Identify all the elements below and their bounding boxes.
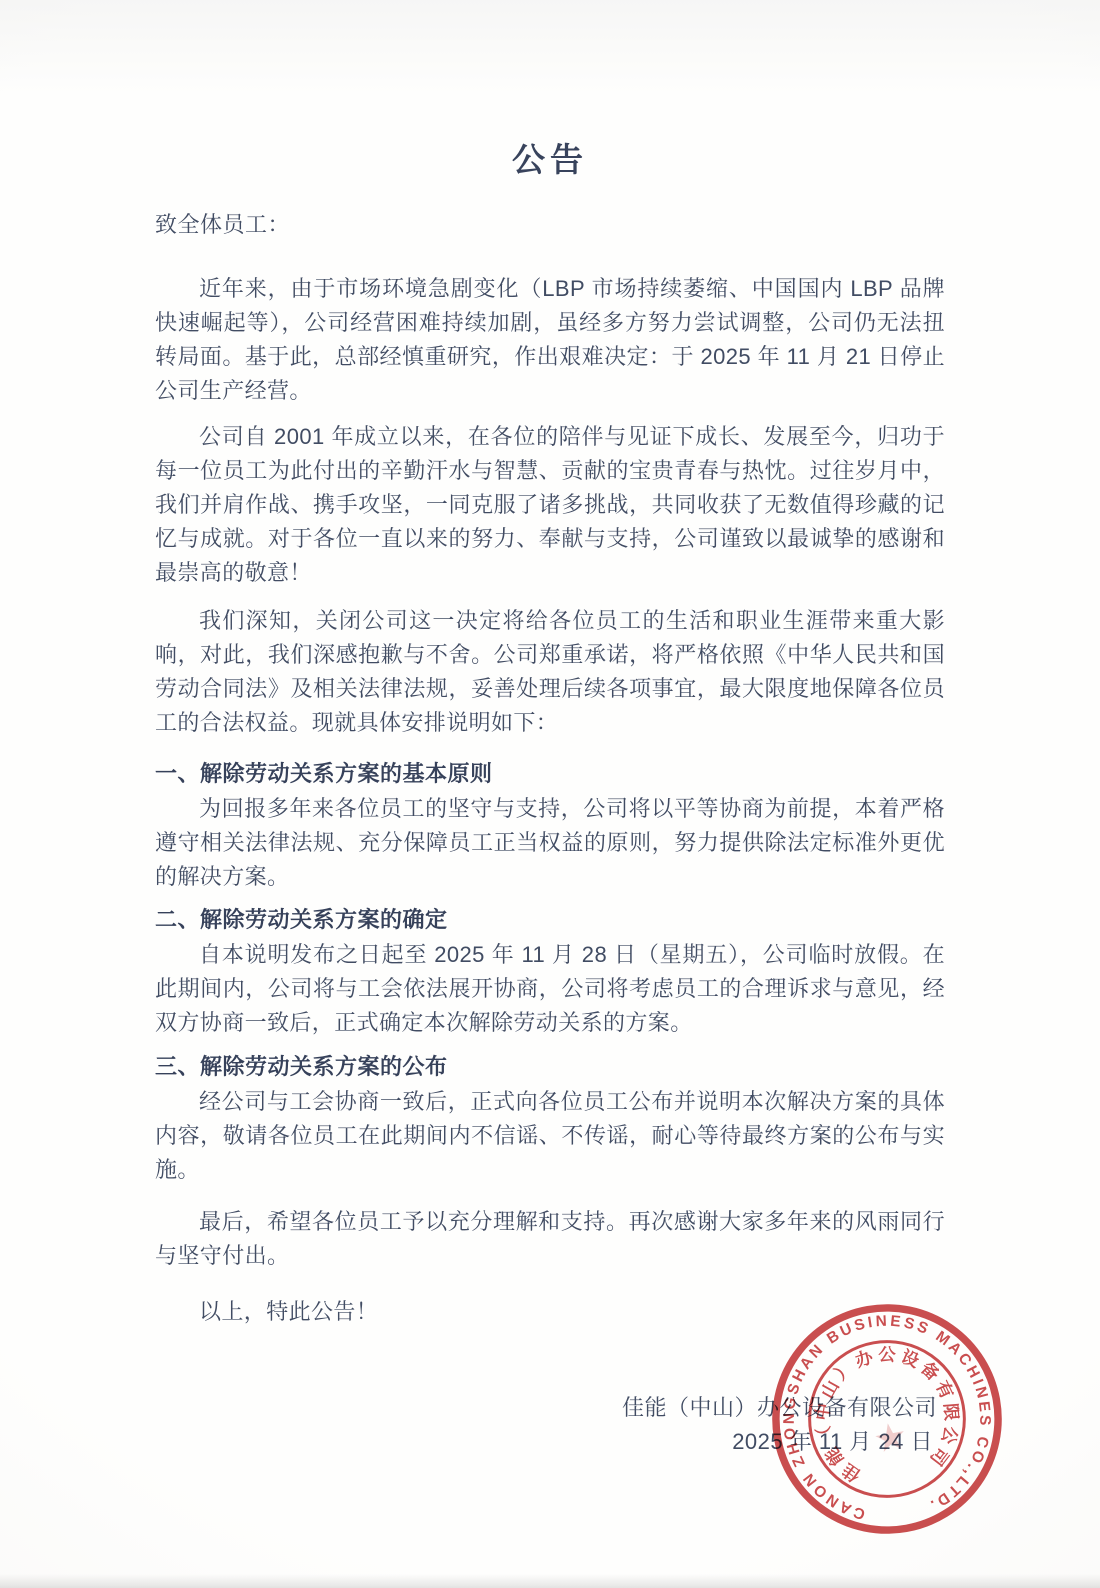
section-3-body: 经公司与工会协商一致后，正式向各位员工公布并说明本次解决方案的具体内容，敬请各位… [155,1085,945,1187]
section-1-heading: 一、解除劳动关系方案的基本原则 [155,757,945,791]
section-3-heading: 三、解除劳动关系方案的公布 [155,1050,945,1084]
company-seal-stamp: CANON ZHONGSHAN BUSINESS MACHINES CO.,LT… [749,1281,1025,1557]
section-1-body: 为回报多年来各位员工的坚守与支持，公司将以平等协商为前提，本着严格遵守相关法律法… [155,792,945,894]
document-photo: 公告 致全体员工： 近年来，由于市场环境急剧变化（LBP 市场持续萎缩、中国国内… [0,0,1100,1588]
paragraph-intro-2: 公司自 2001 年成立以来，在各位的陪伴与见证下成长、发展至今，归功于每一位员… [155,420,945,590]
seal-center-mark: ★ [870,1414,911,1461]
salutation: 致全体员工： [155,208,945,242]
section-2-heading: 二、解除劳动关系方案的确定 [155,903,945,937]
section-2-body: 自本说明发布之日起至 2025 年 11 月 28 日（星期五），公司临时放假。… [155,938,945,1040]
page-title: 公告 [155,136,945,184]
paragraph-intro-1: 近年来，由于市场环境急剧变化（LBP 市场持续萎缩、中国国内 LBP 品牌快速崛… [155,272,945,408]
paragraph-closing: 最后，希望各位员工予以充分理解和支持。再次感谢大家多年来的风雨同行与坚守付出。 [155,1205,945,1273]
paragraph-intro-3: 我们深知，关闭公司这一决定将给各位员工的生活和职业生涯带来重大影响，对此，我们深… [155,604,945,740]
